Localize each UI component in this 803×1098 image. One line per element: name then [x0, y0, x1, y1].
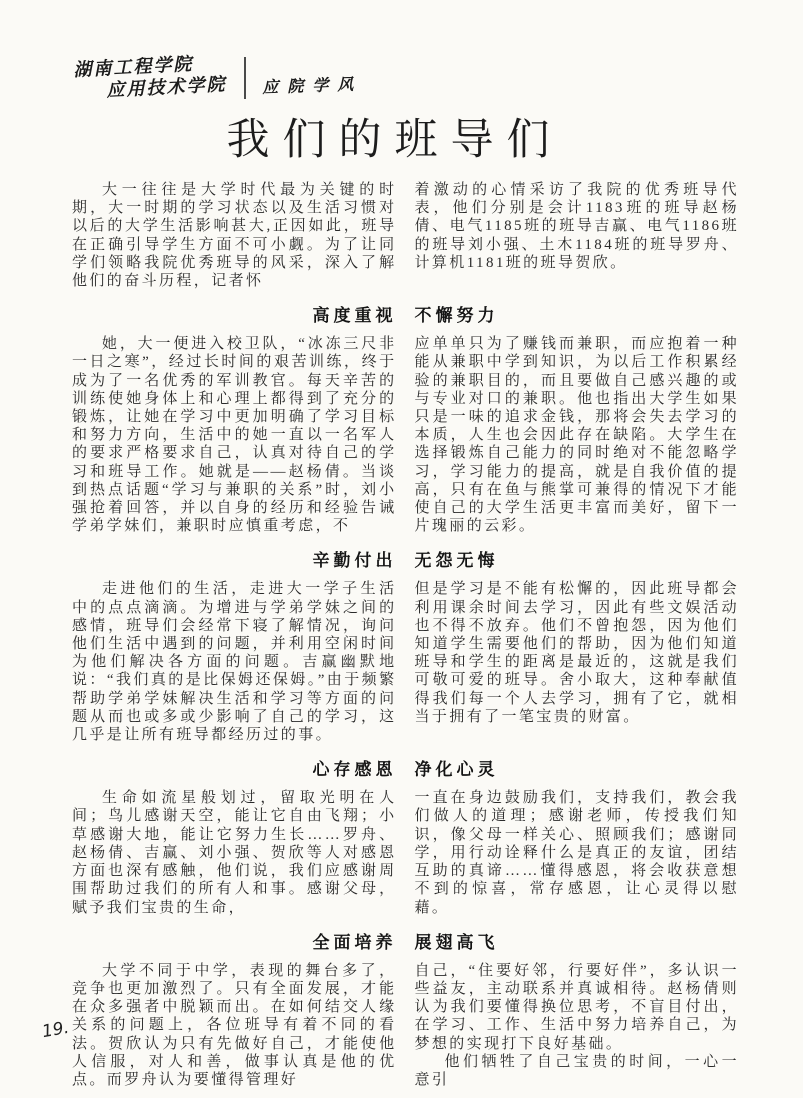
intro-left-column: 大一往往是大学时代最为关键的时期，大一时期的学习状态以及生活习惯对以后的大学生活… — [72, 181, 397, 290]
section-left-column: 走进他们的生活，走进大一学子生活中的点点滴滴。为增进与学弟学妹之间的感情，班导们… — [72, 580, 397, 744]
section-left-column: 她，大一便进入校卫队，“冰冻三尺非一日之寒”，经过长时间的艰苦训练，终于成为了一… — [72, 335, 397, 535]
section-heading-right: 无怨无悔 — [415, 546, 740, 571]
section-heading-left: 辛勤付出 — [72, 546, 397, 571]
section-heading-row: 心存感恩 净化心灵 — [72, 755, 739, 780]
section-heading-left: 高度重视 — [72, 301, 397, 326]
section-paragraph: 一直在身边鼓励我们，支持我们，教会我们做人的道理；感谢老师，传授我们知识，像父母… — [415, 789, 740, 916]
intro-right-column: 着激动的心情采访了我院的优秀班导代表，他们分别是会计1183班的班导赵杨倩、电气… — [415, 181, 740, 290]
section-paragraph: 但是学习是不能有松懈的，因此班导都会利用课余时间去学习，因此有些文娱活动也不得不… — [415, 580, 740, 726]
section-right-column: 应单单只为了赚钱而兼职，而应抱着一种能从兼职中学到知识，为以后工作积累经验的兼职… — [415, 335, 740, 535]
section-body-row: 大学不同于中学，表现的舞台多了，竞争也更加激烈了。只有全面发展，才能在众多强者中… — [72, 962, 739, 1089]
section-heading-left: 心存感恩 — [72, 755, 397, 780]
section-body-row: 生命如流星般划过，留取光明在人间；鸟儿感谢天空，能让它自由飞翔；小草感谢大地，能… — [72, 789, 739, 916]
college-logo: 湖南工程学院 应用技术学院 — [73, 52, 227, 103]
article-body: 大一往往是大学时代最为关键的时期，大一时期的学习状态以及生活习惯对以后的大学生活… — [72, 181, 739, 1089]
masthead-divider — [244, 57, 246, 99]
section-body-row: 走进他们的生活，走进大一学子生活中的点点滴滴。为增进与学弟学妹之间的感情，班导们… — [72, 580, 739, 744]
section-right-column: 但是学习是不能有松懈的，因此班导都会利用课余时间去学习，因此有些文娱活动也不得不… — [415, 580, 740, 744]
section-paragraph: 大学不同于中学，表现的舞台多了，竞争也更加激烈了。只有全面发展，才能在众多强者中… — [72, 962, 397, 1089]
page-title: 我们的班导们 — [0, 106, 803, 167]
section-heading-right: 不懈努力 — [415, 301, 740, 326]
section-heading-left: 全面培养 — [72, 928, 397, 953]
section-body-row: 她，大一便进入校卫队，“冰冻三尺非一日之寒”，经过长时间的艰苦训练，终于成为了一… — [72, 335, 739, 535]
section-right-column: 一直在身边鼓励我们，支持我们，教会我们做人的道理；感谢老师，传授我们知识，像父母… — [415, 789, 740, 916]
section-heading-right: 展翅高飞 — [415, 928, 740, 953]
section-left-column: 生命如流星般划过，留取光明在人间；鸟儿感谢天空，能让它自由飞翔；小草感谢大地，能… — [72, 789, 397, 916]
section-heading-row: 辛勤付出 无怨无悔 — [72, 546, 739, 571]
section-paragraph: 走进他们的生活，走进大一学子生活中的点点滴滴。为增进与学弟学妹之间的感情，班导们… — [72, 580, 397, 744]
newspaper-page: 湖南工程学院 应用技术学院 应院学风 我们的班导们 大一往往是大学时代最为关键的… — [0, 0, 803, 1098]
section-right-column: 自己，“住要好邻，行要好伴”，多认识一些益友，主动联系并真诚相待。赵杨倩则认为我… — [415, 962, 740, 1089]
column-name: 应院学风 — [261, 57, 362, 97]
section-heading-row: 高度重视 不懈努力 — [72, 301, 739, 326]
section-paragraph: 她，大一便进入校卫队，“冰冻三尺非一日之寒”，经过长时间的艰苦训练，终于成为了一… — [72, 335, 397, 535]
section-heading-right: 净化心灵 — [415, 755, 740, 780]
section-paragraph: 自己，“住要好邻，行要好伴”，多认识一些益友，主动联系并真诚相待。赵杨倩则认为我… — [415, 962, 740, 1053]
intro-paragraph-left: 大一往往是大学时代最为关键的时期，大一时期的学习状态以及生活习惯对以后的大学生活… — [72, 181, 397, 290]
section-paragraph: 生命如流星般划过，留取光明在人间；鸟儿感谢天空，能让它自由飞翔；小草感谢大地，能… — [72, 789, 397, 916]
section-left-column: 大学不同于中学，表现的舞台多了，竞争也更加激烈了。只有全面发展，才能在众多强者中… — [72, 962, 397, 1089]
intro-paragraph-right: 着激动的心情采访了我院的优秀班导代表，他们分别是会计1183班的班导赵杨倩、电气… — [415, 181, 740, 272]
intro-row: 大一往往是大学时代最为关键的时期，大一时期的学习状态以及生活习惯对以后的大学生活… — [72, 181, 739, 290]
section-paragraph: 他们牺牲了自己宝贵的时间，一心一意引 — [415, 1053, 740, 1089]
page-number: 19. — [40, 1018, 70, 1042]
section-heading-row: 全面培养 展翅高飞 — [72, 928, 739, 953]
masthead: 湖南工程学院 应用技术学院 应院学风 — [74, 56, 362, 99]
section-paragraph: 应单单只为了赚钱而兼职，而应抱着一种能从兼职中学到知识，为以后工作积累经验的兼职… — [415, 335, 740, 535]
